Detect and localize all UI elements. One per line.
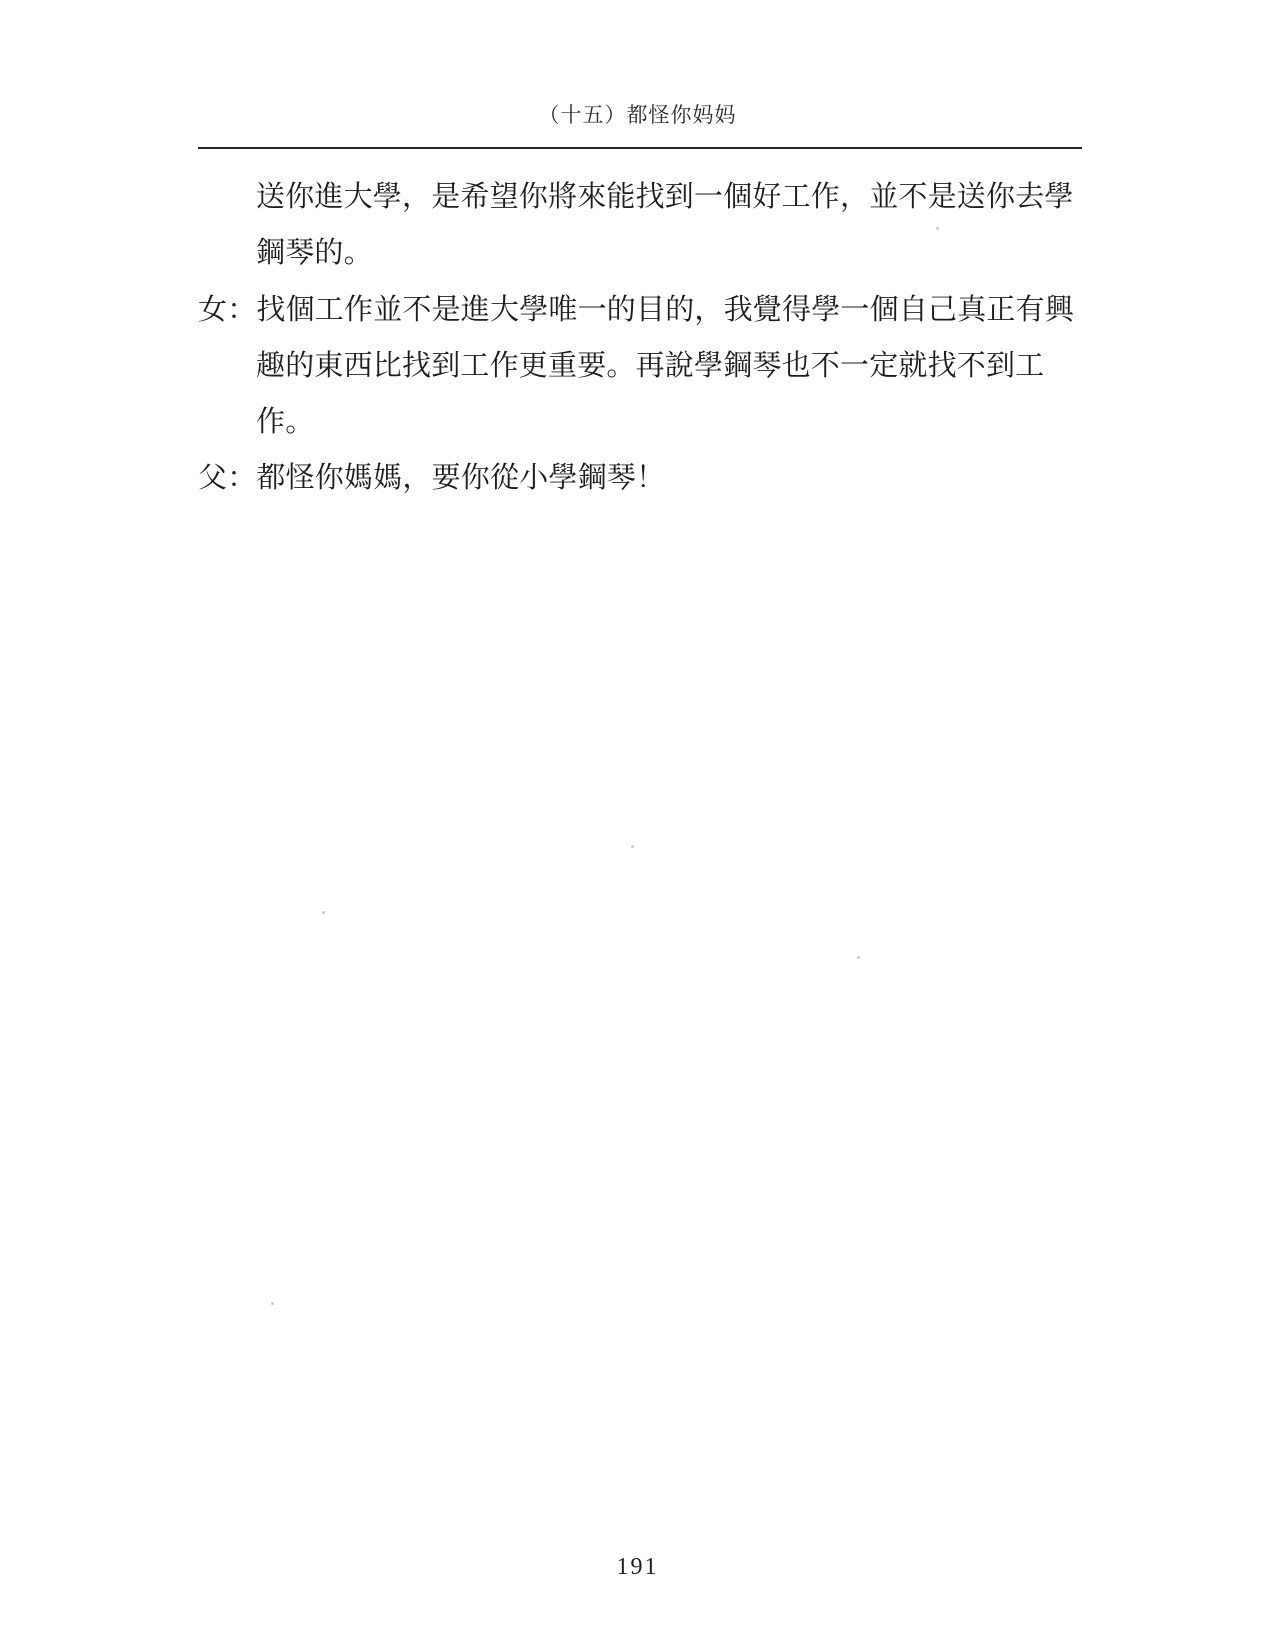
dialogue-block: 送你進大學，是希望你將來能找到一個好工作，並不是送你去學 鋼琴的。 女：找個工作… bbox=[198, 169, 1118, 507]
dialogue-line: 女：找個工作並不是進大學唯一的目的，我覺得學一個自己真正有興 bbox=[198, 282, 1118, 338]
dialogue-line: 送你進大學，是希望你將來能找到一個好工作，並不是送你去學 bbox=[198, 169, 1118, 225]
dialogue-text: 找個工作並不是進大學唯一的目的，我覺得學一個自己真正有興 bbox=[256, 294, 1074, 326]
speaker-label: 女： bbox=[198, 282, 256, 338]
page-number: 191 bbox=[0, 1552, 1275, 1582]
scan-speck bbox=[271, 1302, 274, 1305]
scanned-page: （十五）都怪你妈妈 送你進大學，是希望你將來能找到一個好工作，並不是送你去學 鋼… bbox=[0, 0, 1275, 1650]
dialogue-line: 趣的東西比找到工作更重要。再說學鋼琴也不一定就找不到工 bbox=[198, 338, 1118, 394]
dialogue-text: 都怪你媽媽，要你從小學鋼琴！ bbox=[256, 462, 665, 494]
scan-speck bbox=[936, 227, 939, 230]
scan-speck bbox=[322, 911, 325, 914]
dialogue-line: 父：都怪你媽媽，要你從小學鋼琴！ bbox=[198, 450, 1118, 506]
dialogue-line: 鋼琴的。 bbox=[198, 225, 1118, 281]
speaker-label: 父： bbox=[198, 450, 256, 506]
header-rule bbox=[198, 147, 1082, 149]
scan-speck bbox=[631, 845, 634, 848]
running-header-title: （十五）都怪你妈妈 bbox=[0, 100, 1275, 130]
dialogue-line: 作。 bbox=[198, 394, 1118, 450]
scan-speck bbox=[857, 956, 860, 959]
